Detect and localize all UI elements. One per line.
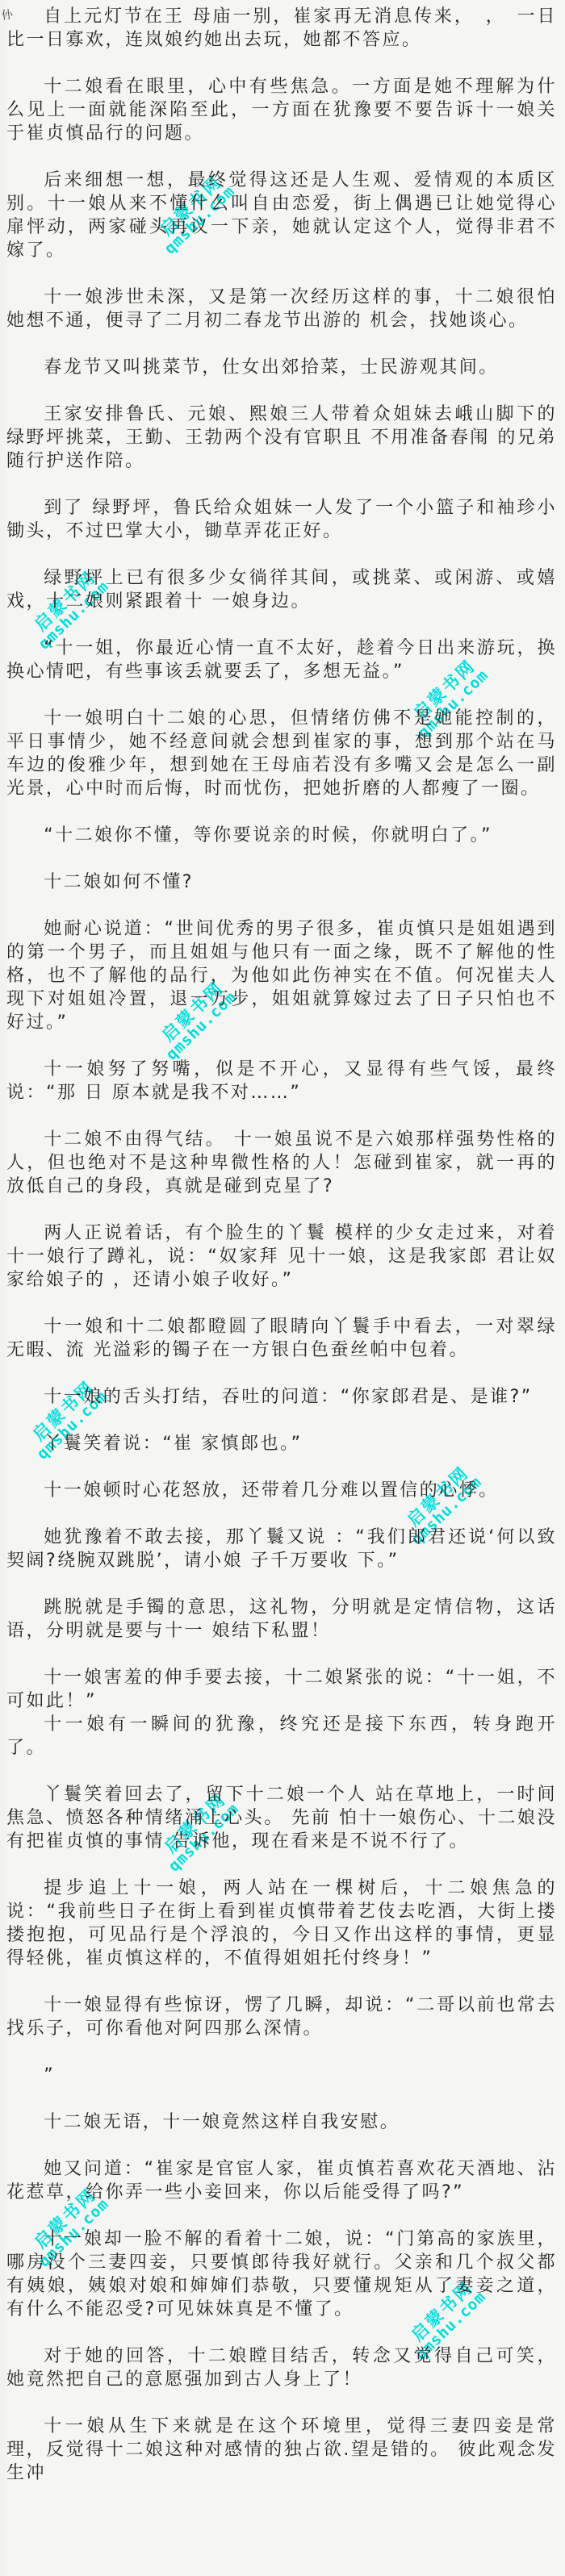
paragraph: 十一娘却一脸不解的看着十二娘，说：“门第高的家族里，哪房没个三妻四妾，只要慎郎待…	[6, 2227, 557, 2321]
paragraph: 提步追上十一娘，两人站在一棵树后，十二娘焦急的说：“我前些日子在街上看到崔贞慎带…	[6, 1877, 557, 1970]
scanned-page: 仦 启蒙书网 qmshu.com 启蒙书网 qmshu.com 启蒙书网 qms…	[0, 0, 565, 2576]
paragraph: 十一娘努了努嘴，似是不开心，又显得有些气馁，最终说：“那 日 原本就是我不对………	[6, 1058, 557, 1104]
paragraph: 十一娘显得有些惊讶，愣了几瞬，却说：“二哥以前也常去找乐子，可你看他对阿四那么深…	[6, 1994, 557, 2040]
paragraph: 十一娘和十二娘都瞪圆了眼睛向丫鬟手中看去，一对翠绿无暇、流 光溢彩的镯子在一方银…	[6, 1315, 557, 1362]
paragraph: “十二娘你不懂，等你要说亲的时候，你就明白了。”	[6, 824, 557, 847]
paragraph: 丫鬟笑着回去了，留下十二娘一个人 站在草地上，一时间焦急、愤怒各种情绪涌上心头。…	[6, 1783, 557, 1853]
paragraph: 十二娘如何不懂?	[6, 870, 557, 894]
paragraph: 她又问道：“崔家是官宦人家，崔贞慎若喜欢花天酒地、沾花惹草，给你弄一些小妾回来，…	[6, 2157, 557, 2204]
paragraph: 十一娘有一瞬间的犹豫，终究还是接下东西，转身跑开了。	[6, 1713, 557, 1760]
paragraph: 绿野坪上已有很多少女徜徉其间，或挑菜、或闲游、或嬉戏，十二娘则紧跟着十 一娘身边…	[6, 566, 557, 613]
paragraph: 自上元灯节在王 母庙一别，崔家再无消息传来， ， 一日比一日寡欢，连岚娘约她出去…	[6, 5, 557, 52]
novel-text: 自上元灯节在王 母庙一别，崔家再无消息传来， ， 一日比一日寡欢，连岚娘约她出去…	[6, 5, 557, 2485]
paragraph: 到了 绿野坪，鲁氏给众姐妹一人发了一个小篮子和袖珍小锄头，不过巴掌大小，锄草弄花…	[6, 496, 557, 543]
paragraph: 十一娘明白十二娘的心思，但情绪仿佛不是她能控制的，平日事情少，她不经意间就会想到…	[6, 707, 557, 800]
paragraph: 十一娘涉世未深，又是第一次经历这样的事，十二娘很怕她想不通，便寻了二月初二春龙节…	[6, 286, 557, 332]
paragraph: 十一娘的舌头打结，吞吐的问道：“你家郎君是、是谁?”	[6, 1385, 557, 1409]
paragraph: 两人正说着话，有个脸生的丫鬟 模样的少女走过来，对着十一娘行了蹲礼，说：“奴家拜…	[6, 1221, 557, 1292]
paragraph: 后来细想一想，最终觉得这还是人生观、爱情观的本质区别。十一娘从来不懂什么叫自由恋…	[6, 169, 557, 262]
paragraph: 十一娘从生下来就是在这个环境里，觉得三妻四妾是常理，反觉得十二娘这种对感情的独占…	[6, 2415, 557, 2485]
paragraph: 十一娘害羞的伸手要去接，十二娘紧张的说：“十一姐，不可如此！”	[6, 1666, 557, 1713]
paragraph: 春龙节又叫挑菜节，仕女出郊拾菜，士民游观其间。	[6, 356, 557, 379]
paragraph: 十二娘看在眼里，心中有些焦急。一方面是她不理解为什么见上一面就能深陷至此，一方面…	[6, 75, 557, 145]
paragraph: 十二娘不由得气结。 十一娘虽说不是六娘那样强势性格的人，但也绝对不是这种卑微性格…	[6, 1128, 557, 1198]
paragraph: 十一娘顿时心花怒放，还带着几分难以置信的心悸。	[6, 1479, 557, 1502]
paragraph: 十二娘无语，十一娘竟然这样自我安慰。	[6, 2110, 557, 2134]
paragraph: “十一姐，你最近心情一直不太好，趁着今日出来游玩，换换心情吧，有些事该丢就要丢了…	[6, 637, 557, 683]
paragraph: 王家安排鲁氏、元娘、熙娘三人带着众姐妹去峨山脚下的绿野坪挑菜，王勤、王勃两个没有…	[6, 403, 557, 473]
paragraph-closing-quote: ”	[6, 2064, 557, 2087]
paragraph: 跳脱就是手镯的意思，这礼物，分明就是定情信物，这话语，分明就是要与十一 娘结下私…	[6, 1596, 557, 1643]
paragraph: 丫鬟笑着说：“崔 家慎郎也。”	[6, 1432, 557, 1455]
paragraph: 她犹豫着不敢去接，那丫鬟又说 ：“我们郎君还说‘何以致契阔?绕腕双跳脱’，请小娘…	[6, 1526, 557, 1572]
paragraph: 她耐心说道：“世间优秀的男子很多，崔贞慎只是姐姐遇到的第一个男子，而且姐姐与他只…	[6, 917, 557, 1034]
paragraph: 对于她的回答，十二娘瞠目结舌，转念又觉得自己可笑，她竟然把自己的意愿强加到古人身…	[6, 2344, 557, 2391]
